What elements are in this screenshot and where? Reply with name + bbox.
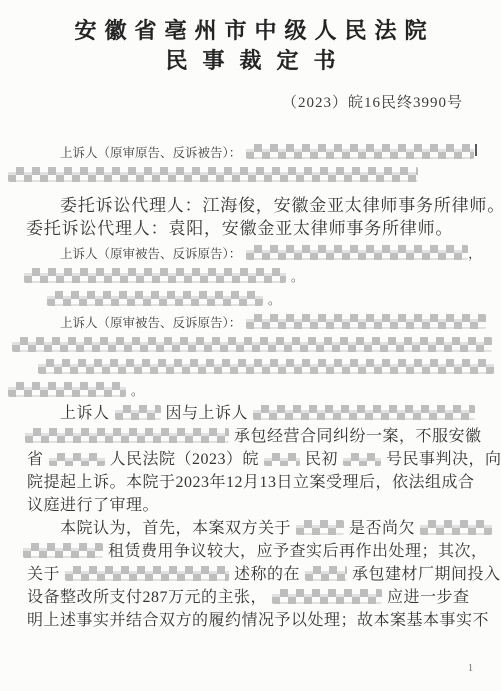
redacted-appellant2-info2 — [47, 291, 263, 306]
body-text: 省 — [27, 451, 44, 468]
body-text: 承包建材厂期间投入 — [352, 566, 501, 583]
redacted-party-ref — [305, 566, 347, 581]
redacted-party-ref — [296, 520, 344, 535]
redacted-appellant2-info — [24, 268, 286, 283]
para2-line2: 租赁费用争议较大，应予查实后再作出处理；其次， — [23, 542, 488, 562]
redacted-court-ref — [49, 453, 105, 466]
appellant2-line2: 。 — [24, 267, 304, 287]
redacted-appellant1-name — [246, 144, 474, 159]
case-number: （2023）皖16民终3990号 — [282, 93, 463, 113]
para1-line5: 议庭进行了审理。 — [27, 496, 159, 516]
body-text: 本院认为，首先，本案双方关于 — [60, 520, 291, 537]
body-text: 上诉人 — [60, 405, 110, 422]
appellant3-line4: 。 — [8, 381, 144, 401]
appellant1-line2 — [8, 166, 418, 186]
appellant2-line3: 。 — [47, 290, 281, 310]
trailing-period: 。 — [131, 384, 144, 398]
redacted-party-ref — [23, 543, 103, 558]
para1-line1: 上诉人因与上诉人 — [60, 404, 475, 424]
body-text: 承包经营合同纠纷一案，不服安徽 — [234, 428, 482, 445]
redacted-appellant3-info3 — [8, 382, 126, 397]
body-text: 应进一步查 — [387, 589, 470, 606]
body-text: 人民法院（2023）皖 — [110, 451, 260, 468]
appellant3-line3 — [38, 358, 494, 378]
appellant3-label: 上诉人（原审被告、反诉原告）： — [60, 316, 241, 330]
body-text: 关于 — [27, 566, 60, 583]
para2-line1: 本院认为，首先，本案双方关于是否尚欠 — [60, 519, 492, 539]
redacted-case-ref — [25, 428, 229, 443]
redacted-appellant2-name — [246, 245, 468, 260]
trailing-period: 。 — [268, 293, 281, 307]
trailing-period: 。 — [291, 270, 304, 284]
redacted-appellant3-info2 — [38, 359, 494, 374]
redacted-party-ref — [115, 405, 161, 420]
appellant3-line2 — [12, 336, 492, 356]
redacted-appellant3-info — [12, 337, 492, 352]
court-ruling-document: 安徽省亳州市中级人民法院 民事裁定书 （2023）皖16民终3990号 上诉人（… — [0, 0, 501, 691]
trailing-comma: ， — [468, 247, 481, 261]
body-text: 民初 — [305, 451, 338, 468]
body-text: 因与上诉人 — [166, 405, 249, 422]
redacted-party-ref — [65, 566, 229, 581]
para2-line4: 设备整改所支付287万元的主张，应进一步查 — [27, 588, 470, 608]
para1-line2: 承包经营合同纠纷一案，不服安徽 — [25, 427, 482, 447]
redacted-appellant3-name — [246, 314, 486, 329]
para1-line3: 省人民法院（2023）皖民初号民事判决，向本 — [27, 450, 501, 470]
body-text: 述称的在 — [234, 566, 300, 583]
stray-scan-mark — [475, 144, 477, 156]
body-text: 号民事判决，向本 — [386, 451, 501, 468]
agent-line-2: 委托诉讼代理人：袁阳，安徽金亚太律师事务所律师。 — [26, 219, 453, 239]
agent-line-1: 委托诉讼代理人：江海俊，安徽金亚太律师事务所律师。 — [60, 196, 501, 216]
document-type-title: 民事裁定书 — [0, 51, 501, 71]
appellant1-label: 上诉人（原审原告、反诉被告）： — [60, 146, 241, 160]
para2-line3: 关于述称的在承包建材厂期间投入 — [27, 565, 501, 585]
appellant1-line: 上诉人（原审原告、反诉被告）： — [60, 143, 477, 163]
body-text: 设备整改所支付287万元的主张， — [27, 589, 267, 606]
body-text: 是否尚欠 — [349, 520, 415, 537]
court-name: 安徽省亳州市中级人民法院 — [0, 21, 501, 41]
redacted-appellant1-info — [8, 167, 418, 182]
para1-line4: 院提起上诉。本院于2023年12月13日立案受理后，依法组成合 — [27, 473, 475, 493]
appellant2-label: 上诉人（原审被告、反诉原告）： — [60, 247, 241, 261]
redacted-case-code — [343, 453, 381, 466]
redacted-party-ref — [420, 520, 492, 535]
page-number: 1 — [468, 659, 473, 679]
para2-line5: 明上述事实并结合双方的履约情况予以处理；故本案基本事实不 — [27, 611, 489, 631]
appellant3-line: 上诉人（原审被告、反诉原告）： — [60, 313, 486, 333]
redacted-party-ref — [272, 589, 382, 604]
appellant2-line: 上诉人（原审被告、反诉原告）：， — [60, 244, 481, 264]
redacted-party-ref — [253, 405, 475, 420]
body-text: 租赁费用争议较大，应予查实后再作出处理；其次， — [108, 543, 488, 560]
redacted-case-code — [264, 453, 300, 466]
